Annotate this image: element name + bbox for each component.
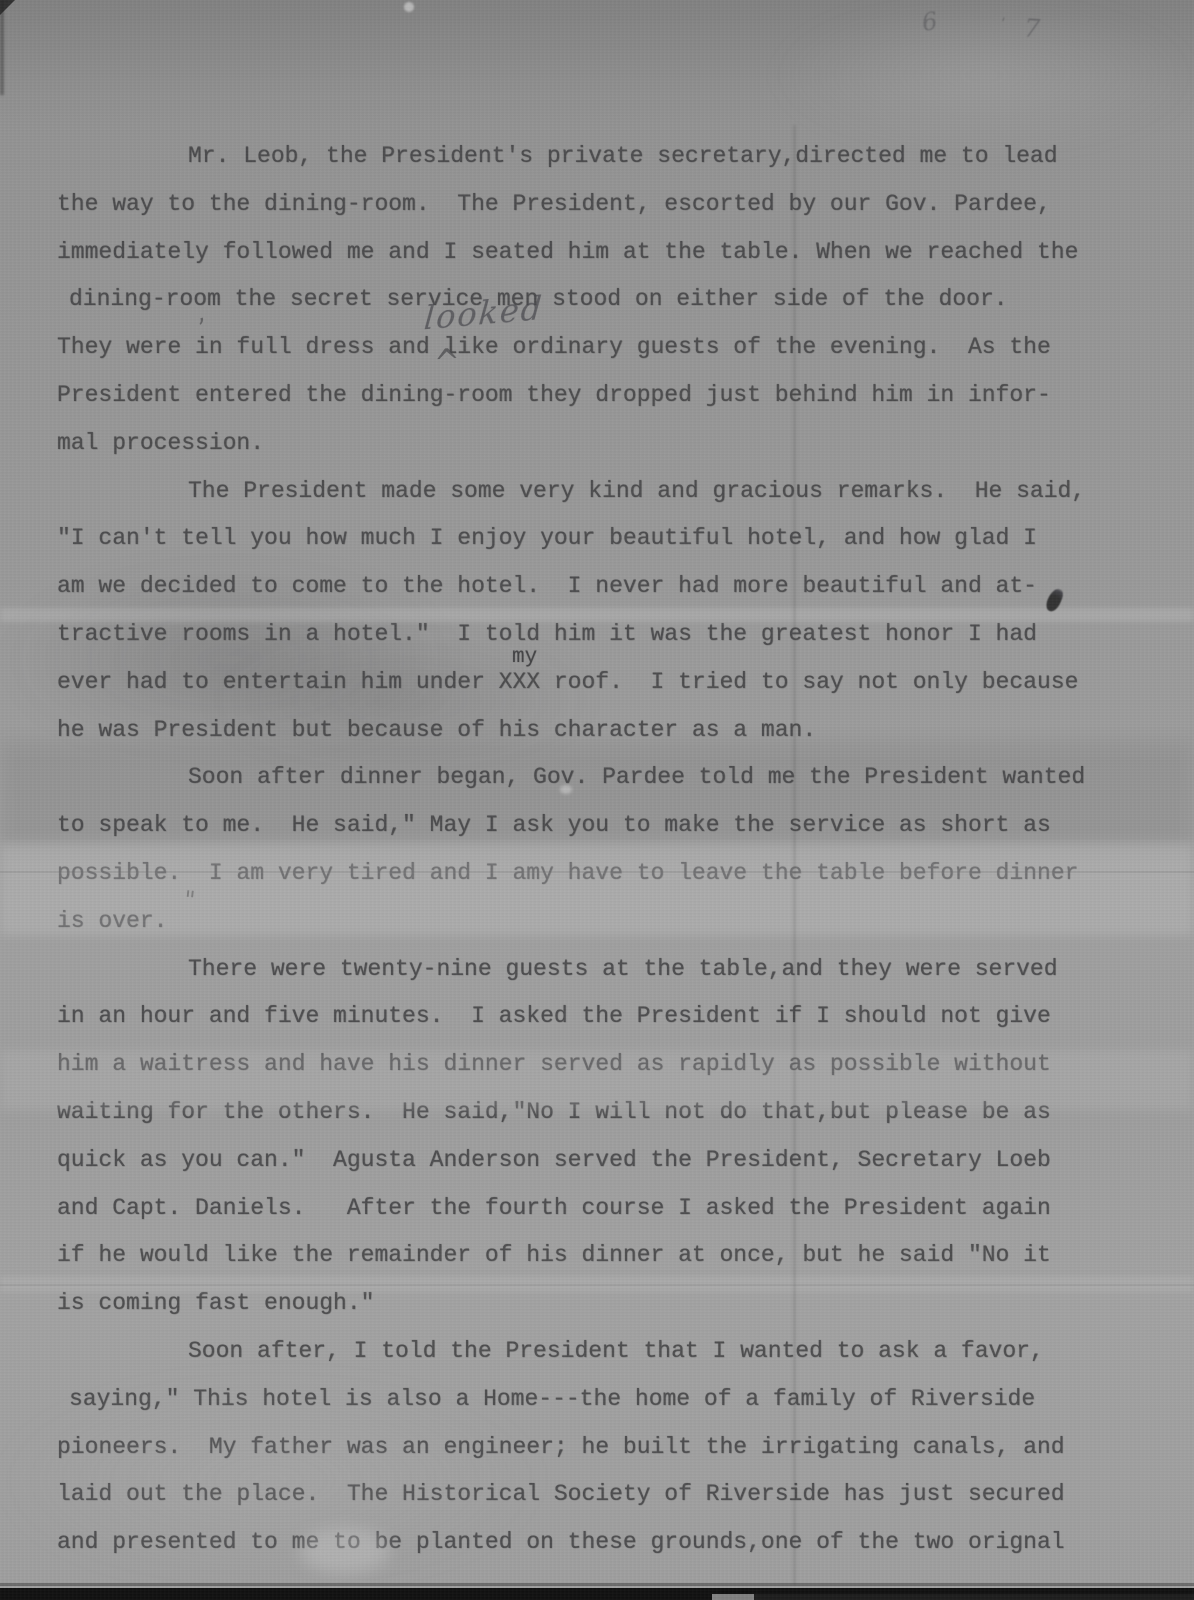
- scan-corner-shadow: [0, 0, 15, 15]
- pencil-mark-1: 6: [920, 7, 939, 37]
- scan-left-edge-shadow: [0, 0, 4, 95]
- typescript-line: Soon after, I told the President that I …: [57, 1328, 1167, 1376]
- typescript-line: There were twenty-nine guests at the tab…: [57, 946, 1167, 994]
- typescript-line: "I can't tell you how much I enjoy your …: [57, 515, 1167, 563]
- typescript-line: mal procession.: [57, 420, 1167, 468]
- typescript-line: tractive rooms in a hotel." I told him i…: [57, 611, 1167, 659]
- typescript-line: They were in full dress and like ordinar…: [57, 324, 1167, 372]
- typescript-line: laid out the place. The Historical Socie…: [57, 1471, 1167, 1519]
- typescript-line: if he would like the remainder of his di…: [57, 1232, 1167, 1280]
- typescript-line: in an hour and five minutes. I asked the…: [57, 993, 1167, 1041]
- typescript-line: saying," This hotel is also a Home---the…: [57, 1376, 1167, 1424]
- scanned-typescript-page: Mr. Leob, the President's private secret…: [0, 0, 1194, 1600]
- pencil-mark-2: ': [997, 14, 1007, 32]
- typescript-line: to speak to me. He said," May I ask you …: [57, 802, 1167, 850]
- typescript-line: is coming fast enough.": [57, 1280, 1167, 1328]
- typescript-line: Soon after dinner began, Gov. Pardee tol…: [57, 754, 1167, 802]
- scan-bottom-edge-notch: [712, 1594, 754, 1600]
- typescript-line: am we decided to come to the hotel. I ne…: [57, 563, 1167, 611]
- typescript-line: and Capt. Daniels. After the fourth cour…: [57, 1185, 1167, 1233]
- pencil-mark-3: 7: [1023, 13, 1041, 43]
- typescript-line: dining-room the secret service men stood…: [57, 276, 1167, 324]
- scan-bottom-edge-bar-right: [754, 1594, 1194, 1600]
- scan-light-patch-top-right: [774, 0, 1194, 150]
- paper-speck: [404, 2, 414, 12]
- typescript-line: ever had to entertain him under XXX roof…: [57, 659, 1167, 707]
- typescript-lines: Mr. Leob, the President's private secret…: [57, 133, 1167, 1567]
- typescript-line: the way to the dining-room. The Presiden…: [57, 181, 1167, 229]
- typescript-line: pioneers. My father was an engineer; he …: [57, 1424, 1167, 1472]
- typescript-line: he was President but because of his char…: [57, 707, 1167, 755]
- typescript-line: quick as you can." Agusta Anderson serve…: [57, 1137, 1167, 1185]
- typescript-line: possible. I am very tired and I amy have…: [57, 850, 1167, 898]
- typescript-line: The President made some very kind and gr…: [57, 468, 1167, 516]
- scan-bottom-shadow: [0, 1583, 1194, 1586]
- typescript-line: President entered the dining-room they d…: [57, 372, 1167, 420]
- typescript-line: immediately followed me and I seated him…: [57, 229, 1167, 277]
- typescript-line: and presented to me to be planted on the…: [57, 1519, 1167, 1567]
- typescript-line: him a waitress and have his dinner serve…: [57, 1041, 1167, 1089]
- typescript-line: Mr. Leob, the President's private secret…: [57, 133, 1167, 181]
- scan-shading-top: [0, 0, 1194, 135]
- typescript-line: is over.: [57, 898, 1167, 946]
- typescript-line: waiting for the others. He said,"No I wi…: [57, 1089, 1167, 1137]
- scan-bottom-edge-bar: [0, 1588, 1194, 1600]
